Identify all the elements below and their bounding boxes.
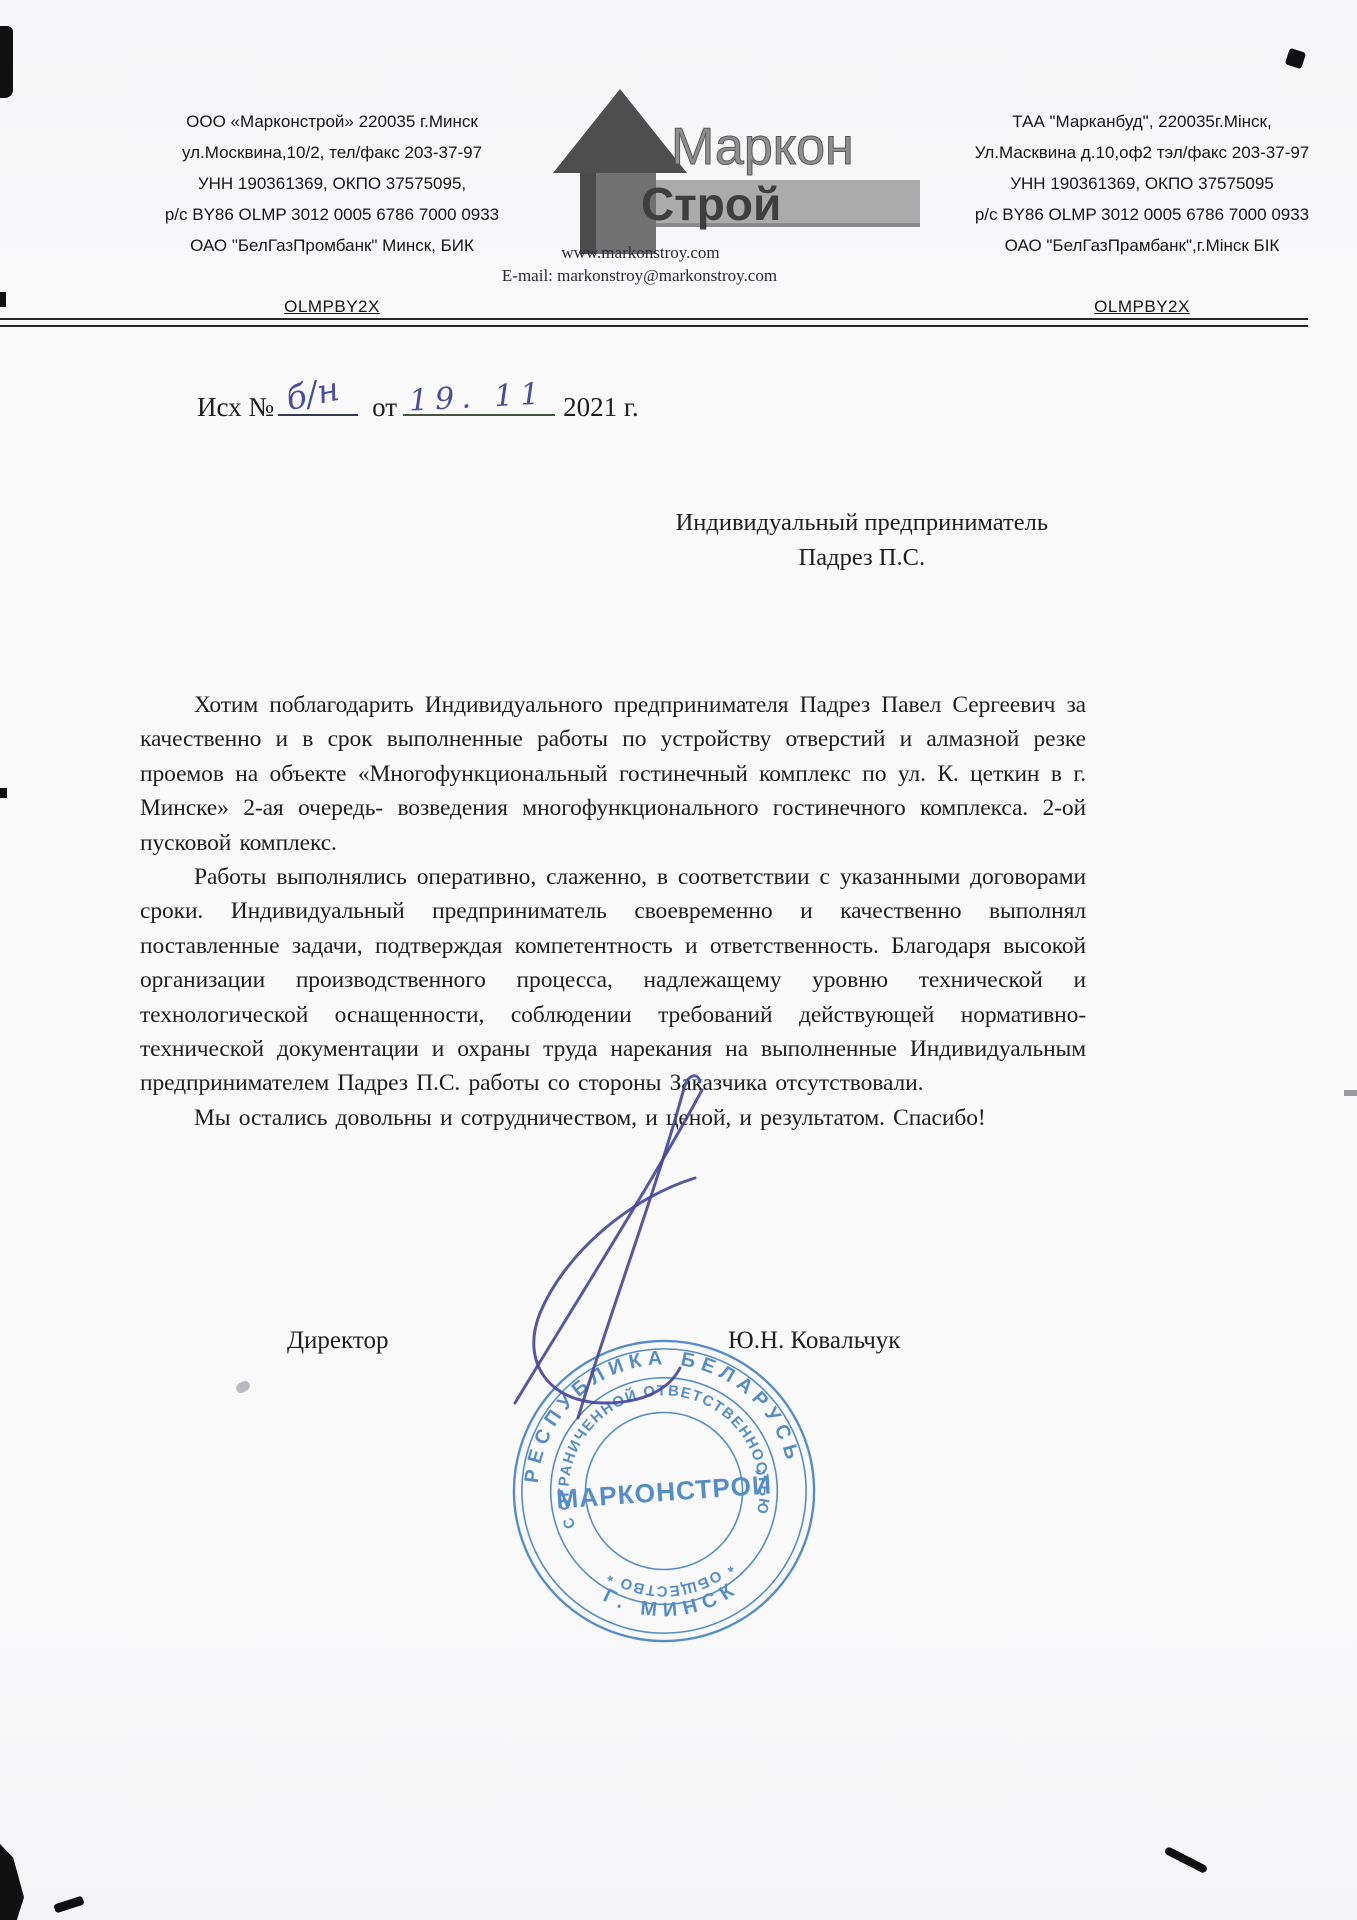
letterhead-left-line: ул.Москвина,10/2, тел/факс 203-37-97 [143, 137, 521, 168]
letterhead-left: ООО «Марконстрой» 220035 г.Минск ул.Моск… [143, 106, 521, 322]
reference-line: Исх №б/нот19. 112021 г. [197, 392, 639, 423]
letterhead-left-line: ООО «Марконстрой» 220035 г.Минск [143, 106, 521, 137]
logo-tower-shade [580, 172, 596, 254]
letterhead-right-line: ТАА "Марканбуд", 220035г.Мінск, [952, 106, 1332, 137]
reference-date-blank: 19. 11 [403, 414, 555, 416]
scan-artifact [1164, 1846, 1209, 1874]
company-logo: Маркон Строй [525, 80, 920, 258]
scan-artifact [0, 788, 7, 798]
signatory-title: Директор [287, 1327, 388, 1355]
company-email: E-mail: markonstroy@markonstroy.com [462, 266, 817, 286]
logo-word-top: Маркон [671, 118, 854, 176]
letterhead-left-line: УНН 190361369, ОКПО 37575095, [143, 168, 521, 199]
scan-artifact [0, 26, 13, 98]
company-website: www.markonstroy.com [488, 243, 793, 263]
letterhead-right: ТАА "Марканбуд", 220035г.Мінск, Ул.Маскв… [952, 106, 1332, 322]
scan-artifact [1344, 1090, 1357, 1096]
reference-year: 2021 г. [563, 392, 639, 422]
logo-roof-icon [553, 89, 687, 173]
letterhead-right-line: УНН 190361369, ОКПО 37575095 [952, 168, 1332, 199]
reference-label: Исх № [197, 392, 274, 422]
reference-from-label: от [372, 392, 397, 422]
addressee-block: Индивидуальный предприниматель Падрез П.… [676, 505, 1048, 575]
letterhead-left-line: ОАО "БелГазПромбанк" Минск, БИК [143, 230, 521, 261]
body-paragraph: Хотим поблагодарить Индивидуального пред… [140, 688, 1086, 860]
logo-word-bottom: Строй [641, 178, 781, 230]
letterhead-divider [0, 318, 1308, 327]
handwritten-number: б/н [283, 369, 343, 418]
signature-stroke [515, 1090, 702, 1403]
scan-artifact [0, 292, 6, 307]
scan-artifact [0, 1844, 24, 1920]
scan-artifact [1285, 48, 1306, 69]
letterhead-right-line: ОАО "БелГазПрамбанк",г.Мінск БІК [952, 230, 1332, 261]
scanned-letter-page: ООО «Марконстрой» 220035 г.Минск ул.Моск… [0, 0, 1357, 1920]
scan-artifact [53, 1896, 84, 1914]
letterhead-right-line: Ул.Масквина д.10,оф2 тэл/факс 203-37-97 [952, 137, 1332, 168]
addressee-line2: Падрез П.С. [676, 540, 1048, 575]
addressee-line1: Индивидуальный предприниматель [676, 505, 1048, 540]
letterhead-right-line: р/с BY86 OLMP 3012 0005 6786 7000 0933 [952, 199, 1332, 230]
director-signature [470, 1058, 770, 1453]
scan-artifact [234, 1379, 251, 1395]
signature-stroke [534, 1178, 695, 1403]
letterhead-left-line: р/с BY86 OLMP 3012 0005 6786 7000 0933 [143, 199, 521, 230]
reference-number-blank: б/н [278, 414, 358, 416]
handwritten-date: 19. 11 [408, 376, 547, 418]
